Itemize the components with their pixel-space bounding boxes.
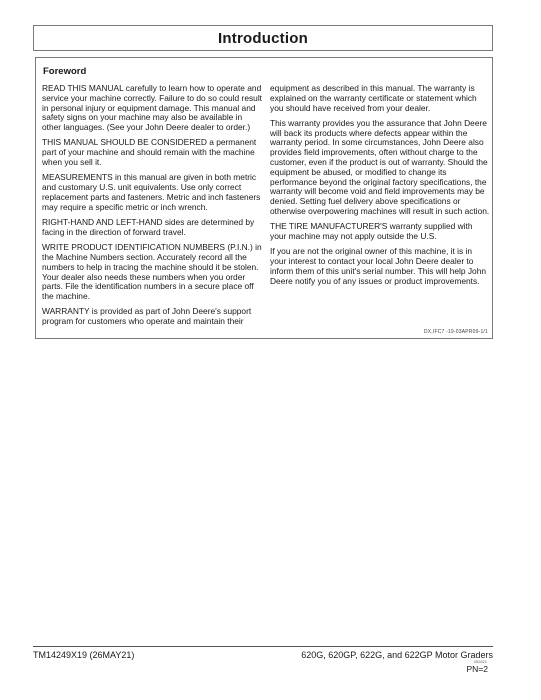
foreword-heading: Foreword xyxy=(43,66,86,77)
foreword-paragraph: READ THIS MANUAL carefully to learn how … xyxy=(42,84,262,133)
section-code: DX,IFC7 -19-03APR09-1/1 xyxy=(424,329,488,335)
foreword-paragraph: WARRANTY is provided as part of John Dee… xyxy=(42,307,262,327)
foreword-paragraph: WRITE PRODUCT IDENTIFICATION NUMBERS (P.… xyxy=(42,243,262,302)
footer-right-block: 620G, 620GP, 622G, and 622GP Motor Grade… xyxy=(193,650,493,674)
foreword-paragraph: THIS MANUAL SHOULD BE CONSIDERED a perma… xyxy=(42,138,262,167)
manual-page: Introduction Foreword READ THIS MANUAL c… xyxy=(0,0,541,700)
footer-divider xyxy=(33,646,493,647)
page-title-box: Introduction xyxy=(33,25,493,51)
foreword-paragraph: THE TIRE MANUFACTURER'S warranty supplie… xyxy=(270,222,490,242)
foreword-paragraph: This warranty provides you the assurance… xyxy=(270,119,490,217)
foreword-paragraph: RIGHT-HAND AND LEFT-HAND sides are deter… xyxy=(42,218,262,238)
foreword-paragraph: If you are not the original owner of thi… xyxy=(270,247,490,286)
footer-manual-number: TM14249X19 (26MAY21) xyxy=(33,650,134,660)
foreword-paragraph: equipment as described in this manual. T… xyxy=(270,84,490,113)
foreword-columns: READ THIS MANUAL carefully to learn how … xyxy=(42,84,490,327)
footer-page-number: PN=2 xyxy=(193,665,488,674)
page-title: Introduction xyxy=(218,30,308,47)
foreword-section: Foreword READ THIS MANUAL carefully to l… xyxy=(35,57,493,339)
footer-models: 620G, 620GP, 622G, and 622GP Motor Grade… xyxy=(301,650,493,660)
foreword-paragraph: MEASUREMENTS in this manual are given in… xyxy=(42,173,262,212)
foreword-right-column: equipment as described in this manual. T… xyxy=(270,84,490,327)
foreword-left-column: READ THIS MANUAL carefully to learn how … xyxy=(42,84,262,327)
